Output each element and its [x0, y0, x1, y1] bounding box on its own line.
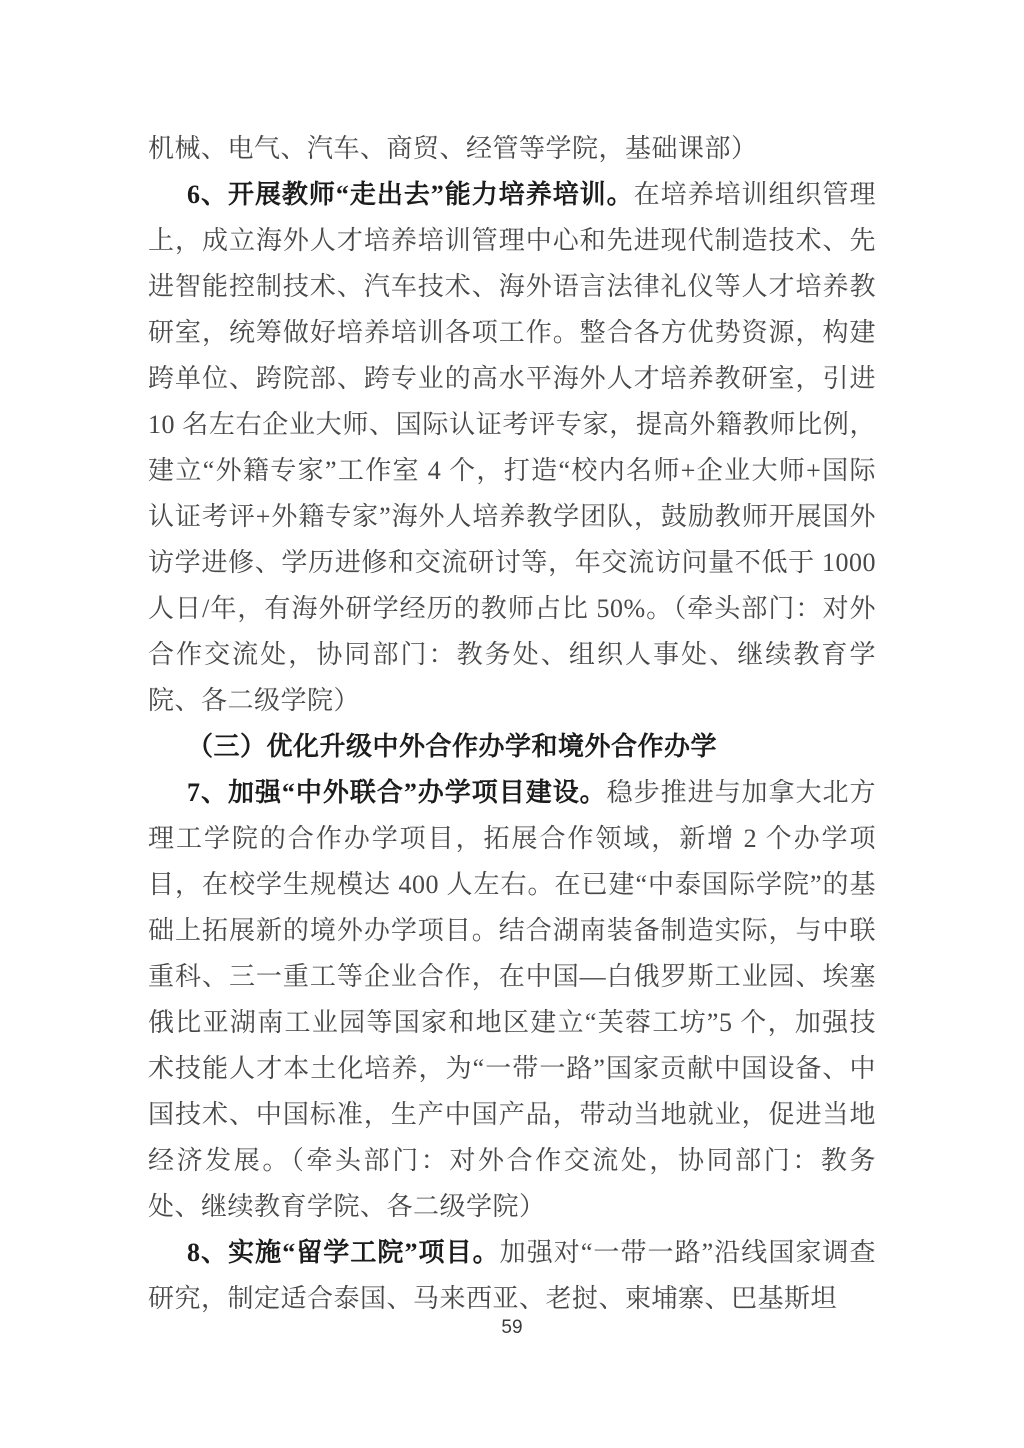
item-8-heading-run: 8、实施“留学工院”项目。	[187, 1238, 500, 1267]
document-body: 机械、电气、汽车、商贸、经管等学院，基础课部） 6、开展教师“走出去”能力培养培…	[148, 126, 876, 1322]
document-page: 机械、电气、汽车、商贸、经管等学院，基础课部） 6、开展教师“走出去”能力培养培…	[0, 0, 1024, 1448]
text-run: 机械、电气、汽车、商贸、经管等学院，基础课部）	[148, 134, 758, 163]
paragraph-item-6: 6、开展教师“走出去”能力培养培训。在培养培训组织管理上，成立海外人才培养培训管…	[148, 172, 876, 724]
item-7-body-run: 稳步推进与加拿大北方理工学院的合作办学项目，拓展合作领域，新增 2 个办学项目，…	[148, 778, 876, 1221]
section-heading-3: （三）优化升级中外合作办学和境外合作办学	[148, 724, 876, 770]
paragraph-item-8: 8、实施“留学工院”项目。加强对“一带一路”沿线国家调查研究，制定适合泰国、马来…	[148, 1230, 876, 1322]
section-heading-run: （三）优化升级中外合作办学和境外合作办学	[187, 732, 717, 761]
item-6-body-run: 在培养培训组织管理上，成立海外人才培养培训管理中心和先进现代制造技术、先进智能控…	[148, 180, 876, 715]
paragraph-continuation: 机械、电气、汽车、商贸、经管等学院，基础课部）	[148, 126, 876, 172]
item-6-heading-run: 6、开展教师“走出去”能力培养培训。	[187, 180, 634, 209]
page-number: 59	[0, 1316, 1024, 1340]
paragraph-item-7: 7、加强“中外联合”办学项目建设。稳步推进与加拿大北方理工学院的合作办学项目，拓…	[148, 770, 876, 1230]
item-7-heading-run: 7、加强“中外联合”办学项目建设。	[187, 778, 607, 807]
